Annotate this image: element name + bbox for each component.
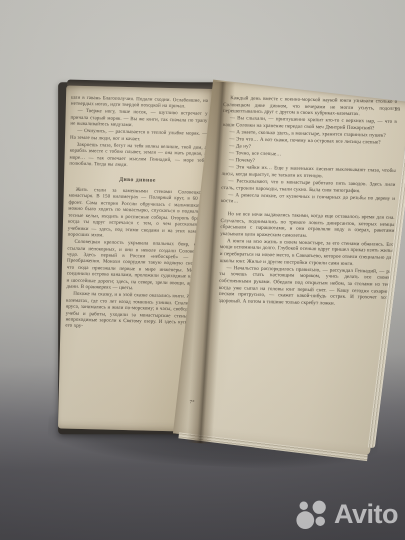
avito-logo-icon (296, 498, 329, 531)
book-paragraph: Закроешь глаза, бегут на тебя волны вели… (69, 142, 207, 171)
section-heading: Диво дивное (69, 176, 206, 186)
avito-wordmark: Avito (334, 501, 398, 528)
book-paragraph: Похоже на сказку, и в этой сказке оказал… (65, 292, 203, 334)
book-paragraph: Соловецкая крепость укрывала опальных бо… (66, 240, 204, 295)
book-paragraph: — Начальство распорядилось правильно, — … (219, 265, 394, 308)
book-paragraph: А юнги на всю жизнь в своем монастыре, з… (220, 238, 395, 268)
avito-watermark: Avito (296, 498, 398, 531)
listing-photo: шли в гавань Благополучия. Подали сходни… (0, 0, 405, 540)
right-page: 99 Каждый день вместе с военно-морской н… (173, 80, 405, 456)
book-paragraph: Но не все ночи выдавались такими, когда … (220, 211, 395, 241)
signature-mark: 7* (189, 400, 194, 405)
book-paragraph: Жить стали за каменными стенами Соловецк… (68, 188, 206, 243)
open-book: шли в гавань Благополучия. Подали сходни… (59, 77, 405, 455)
book-paragraph: — Тверже ногу, тише носок, — шутливо вст… (70, 109, 207, 132)
right-page-text: Каждый день вместе с военно-морской наук… (206, 81, 405, 319)
book-paragraph: — А ремесла всякие, от кузнечных и гонча… (221, 192, 395, 209)
